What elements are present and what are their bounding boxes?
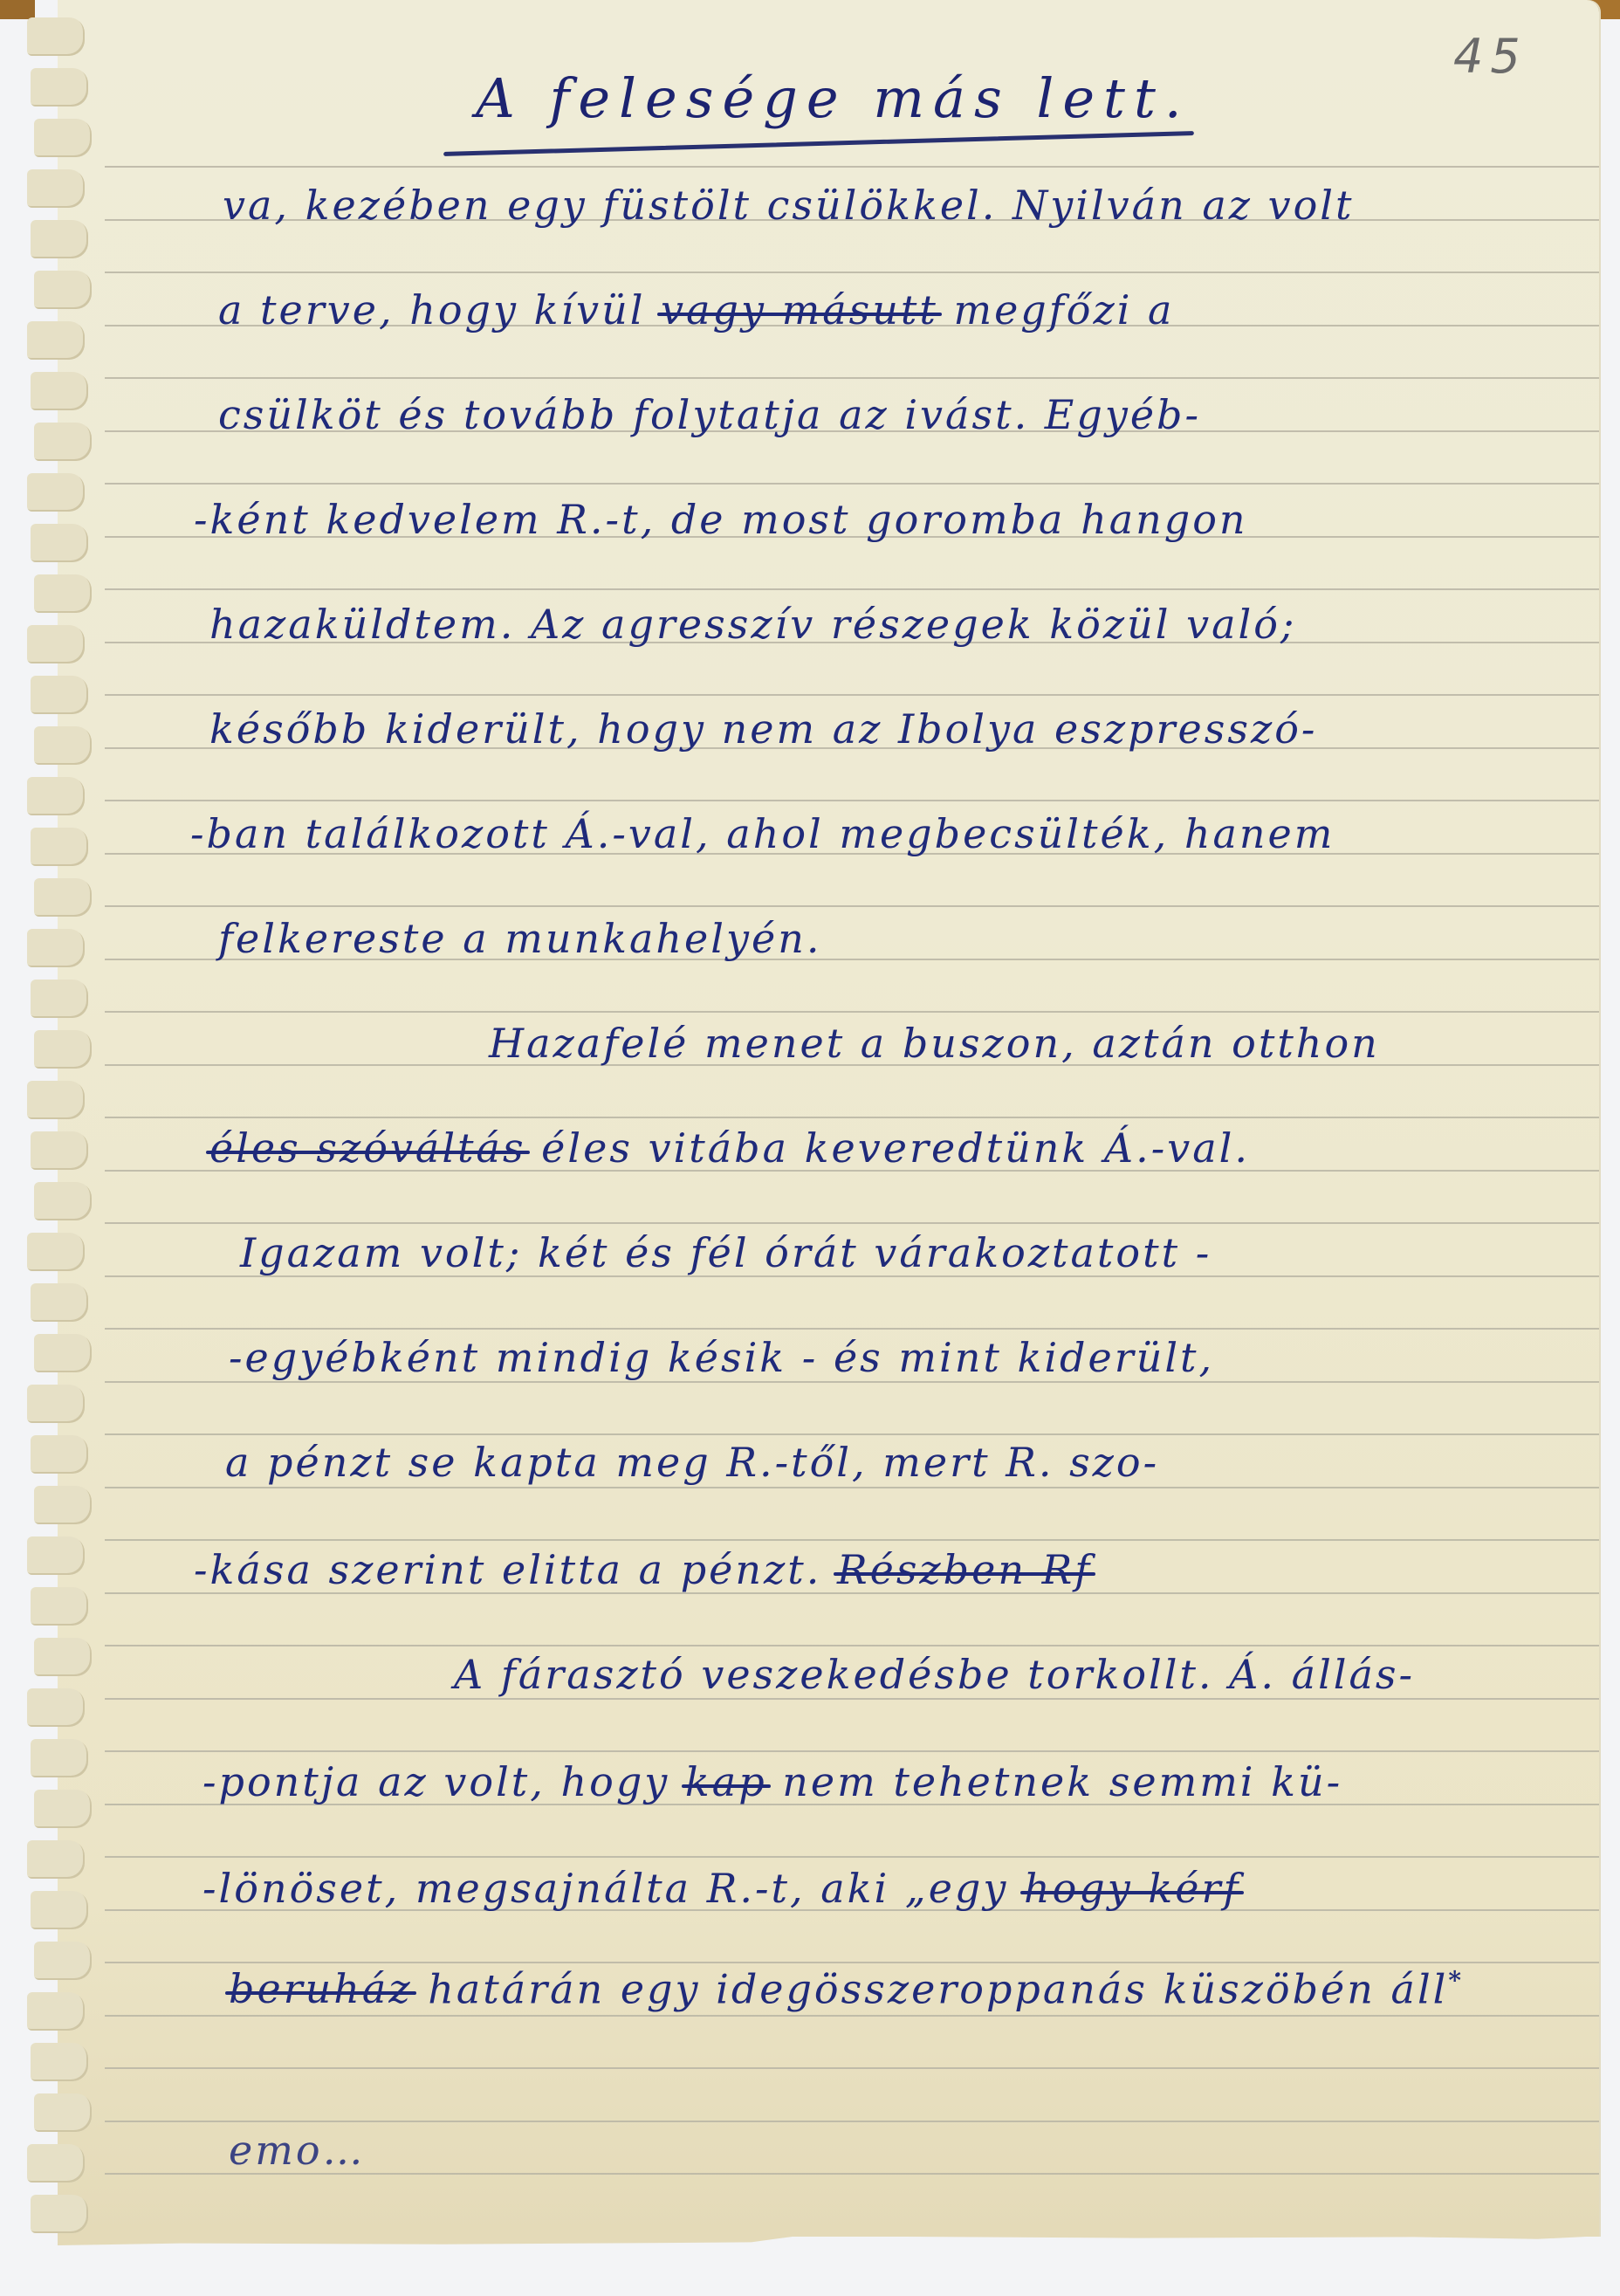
handwritten-line: Hazafelé menet a buszon, aztán otthon — [489, 1023, 1380, 1063]
handwritten-line: később kiderült, hogy nem az Ibolya eszp… — [209, 709, 1317, 749]
line-text: A fárasztó veszekedésbe torkollt. Á. áll… — [454, 1651, 1415, 1698]
ruled-line — [105, 272, 1599, 273]
perforation-tab — [27, 777, 85, 815]
line-text: -pontja az volt, hogy — [202, 1758, 685, 1805]
perforation-tab — [31, 372, 88, 410]
line-text: megfőzi a — [938, 286, 1175, 333]
cut-off-line: emo… — [229, 2130, 366, 2170]
perforation-tab — [27, 625, 85, 663]
page-title: A felesége más lett. — [476, 72, 1191, 126]
perforation-tab — [34, 1030, 92, 1069]
perforation-tab — [34, 423, 92, 461]
ruled-line — [105, 1222, 1599, 1224]
perforation-tab — [31, 1435, 88, 1474]
line-text: emo… — [229, 2127, 366, 2174]
perforation-tab — [34, 1182, 92, 1220]
perforation-tab — [34, 574, 92, 613]
perforation-tab — [27, 169, 85, 208]
ruled-line — [105, 1433, 1599, 1435]
handwritten-line: -lönöset, megsajnálta R.-t, aki „egy hog… — [202, 1868, 1240, 1908]
handwritten-line: -kása szerint elitta a pénzt. Részben Rf — [194, 1550, 1092, 1590]
ruled-line — [105, 1856, 1599, 1858]
line-text: -ban találkozott Á.-val, ahol megbecsült… — [190, 810, 1335, 857]
ruled-line — [105, 2121, 1599, 2122]
ruled-line — [105, 1381, 1599, 1383]
line-text: felkereste a munkahelyén. — [218, 915, 821, 962]
perforation-tab — [34, 1790, 92, 1828]
ruled-line — [105, 1011, 1599, 1013]
perforation-tab — [34, 878, 92, 917]
handwritten-line: -ban találkozott Á.-val, ahol megbecsült… — [190, 814, 1335, 854]
torn-bottom-edge — [58, 2224, 1599, 2245]
perforation-tab — [31, 1131, 88, 1170]
perforation-tab — [27, 1840, 85, 1879]
perforation-tab — [27, 1536, 85, 1575]
ruled-line — [105, 377, 1599, 379]
struck-out-text: beruház — [229, 1965, 413, 2012]
ruled-line — [105, 800, 1599, 801]
handwritten-line: felkereste a munkahelyén. — [218, 918, 821, 959]
line-text: később kiderült, hogy nem az Ibolya eszp… — [209, 705, 1317, 753]
ruled-line — [105, 166, 1599, 168]
perforation-tab — [27, 321, 85, 360]
perforation-tab — [34, 1638, 92, 1676]
handwritten-line: -ként kedvelem R.-t, de most goromba han… — [194, 499, 1248, 540]
line-text: határán egy idegösszeroppanás küszöbén á… — [413, 1965, 1449, 2012]
handwritten-line: -pontja az volt, hogy kap nem tehetnek s… — [202, 1762, 1342, 1802]
perforation-tab — [31, 1739, 88, 1777]
perforation-tab — [31, 980, 88, 1018]
handwritten-line: -egyébként mindig késik - és mint kiderü… — [229, 1337, 1214, 1378]
perforation-tab — [31, 220, 88, 258]
handwritten-line: A fárasztó veszekedésbe torkollt. Á. áll… — [454, 1654, 1415, 1695]
perforation-tab — [31, 1891, 88, 1929]
ruled-line — [105, 1487, 1599, 1488]
ruled-line — [105, 1645, 1599, 1646]
handwritten-line: csülköt és tovább folytatja az ivást. Eg… — [218, 395, 1201, 435]
perforation-tab — [31, 1283, 88, 1322]
struck-out-text: Részben Rf — [837, 1546, 1092, 1593]
ruled-line — [105, 1117, 1599, 1118]
perforation-tab — [31, 524, 88, 562]
perforation-tab — [27, 1233, 85, 1271]
line-text: -ként kedvelem R.-t, de most goromba han… — [194, 496, 1248, 543]
handwritten-line: hazaküldtem. Az agresszív részegek közül… — [209, 604, 1296, 644]
perforation-tab — [27, 1385, 85, 1423]
handwritten-line: a terve, hogy kívül vagy másutt megfőzi … — [218, 290, 1174, 330]
line-text: hazaküldtem. Az agresszív részegek közül… — [209, 601, 1296, 648]
line-text: a terve, hogy kívül — [218, 286, 661, 333]
line-text: va, kezében egy füstölt csülökkel. Nyilv… — [223, 182, 1354, 229]
struck-out-text: éles szóváltás — [209, 1124, 526, 1172]
line-text: a pénzt se kapta meg R.-től, mert R. szo… — [225, 1439, 1159, 1486]
perforation-tab — [27, 17, 85, 56]
torn-perforated-edge — [0, 0, 113, 2237]
line-text: Igazam volt; két és fél órát várakoztato… — [240, 1229, 1212, 1276]
perforation-tab — [34, 726, 92, 765]
handwritten-line: éles szóváltás éles vitába keveredtünk Á… — [209, 1128, 1250, 1168]
line-text: csülköt és tovább folytatja az ivást. Eg… — [218, 391, 1201, 438]
ruled-line — [105, 1698, 1599, 1700]
ruled-line — [105, 694, 1599, 696]
perforation-tab — [27, 473, 85, 512]
page-number: 45 — [1453, 33, 1527, 80]
perforation-tab — [34, 1942, 92, 1980]
handwritten-line: Igazam volt; két és fél órát várakoztato… — [240, 1233, 1212, 1273]
handwritten-line: a pénzt se kapta meg R.-től, mert R. szo… — [225, 1442, 1159, 1482]
ruled-line — [105, 905, 1599, 907]
footnote-marker: * — [1448, 1966, 1464, 1995]
line-text: Hazafelé menet a buszon, aztán otthon — [489, 1020, 1380, 1067]
perforation-tab — [31, 828, 88, 866]
ruled-line — [105, 2067, 1599, 2069]
perforation-tab — [27, 1992, 85, 2031]
ruled-line — [105, 2015, 1599, 2017]
ruled-line — [105, 1750, 1599, 1752]
line-text: -kása szerint elitta a pénzt. — [194, 1546, 837, 1593]
perforation-tab — [31, 1587, 88, 1626]
perforation-tab — [27, 2144, 85, 2183]
ruled-line — [105, 483, 1599, 485]
perforation-tab — [31, 2043, 88, 2081]
perforation-tab — [27, 1688, 85, 1727]
line-text: -egyébként mindig késik - és mint kiderü… — [229, 1334, 1214, 1381]
struck-out-text: kap — [685, 1758, 767, 1805]
struck-out-text: vagy másutt — [661, 286, 938, 333]
line-text: éles vitába keveredtünk Á.-val. — [526, 1124, 1250, 1172]
perforation-tab — [31, 2195, 88, 2233]
perforation-tab — [27, 929, 85, 967]
line-text: nem tehetnek semmi kü- — [767, 1758, 1343, 1805]
perforation-tab — [31, 676, 88, 714]
handwritten-line: beruház határán egy idegösszeroppanás kü… — [229, 1969, 1464, 2009]
ruled-line — [105, 588, 1599, 590]
perforation-tab — [34, 119, 92, 157]
perforation-tab — [34, 271, 92, 309]
perforation-tab — [34, 1486, 92, 1524]
ruled-line — [105, 1328, 1599, 1330]
ruled-line — [105, 1539, 1599, 1541]
perforation-tab — [31, 68, 88, 107]
handwritten-line: va, kezében egy füstölt csülökkel. Nyilv… — [223, 185, 1354, 225]
ruled-line — [105, 1962, 1599, 1963]
perforation-tab — [27, 1081, 85, 1119]
perforation-tab — [34, 1334, 92, 1372]
perforation-tab — [34, 2093, 92, 2132]
struck-out-text: hogy kérf — [1024, 1865, 1241, 1912]
line-text: -lönöset, megsajnálta R.-t, aki „egy — [202, 1865, 1024, 1912]
